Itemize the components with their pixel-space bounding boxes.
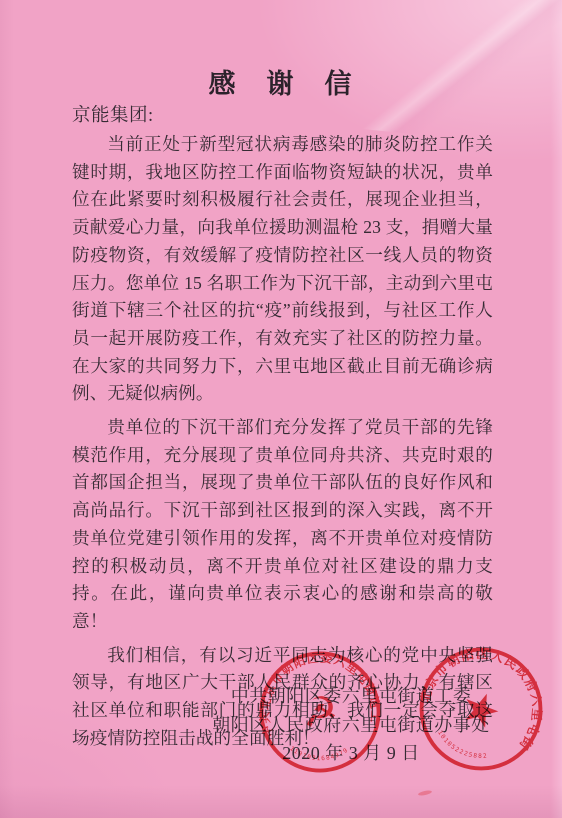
ink-smudge	[418, 790, 433, 797]
letter-page: 感 谢 信 京能集团: 当前正处于新型冠状病毒感染的肺炎防控工作关键时期，我地区…	[0, 0, 562, 818]
signature-org-1: 中共朝阳区委六里屯街道工委	[201, 682, 501, 711]
salutation: 京能集团:	[72, 101, 154, 127]
paragraph-1: 当前正处于新型冠状病毒感染的肺炎防控工作关键时期，我地区防控工作面临物资短缺的状…	[72, 131, 493, 408]
signature-block: 中共朝阳区委六里屯街道工委 朝阳区人民政府六里屯街道办事处 2020 年 3 月…	[201, 682, 501, 768]
letter-body: 当前正处于新型冠状病毒感染的肺炎防控工作关键时期，我地区防控工作面临物资短缺的状…	[72, 131, 493, 758]
letter-title: 感 谢 信	[0, 62, 562, 101]
signature-date: 2020 年 3 月 9 日	[201, 739, 501, 768]
paragraph-2: 贵单位的下沉干部们充分发挥了党员干部的先锋模范作用，充分展现了贵单位同舟共济、共…	[72, 414, 493, 636]
signature-org-2: 朝阳区人民政府六里屯街道办事处	[201, 711, 501, 740]
